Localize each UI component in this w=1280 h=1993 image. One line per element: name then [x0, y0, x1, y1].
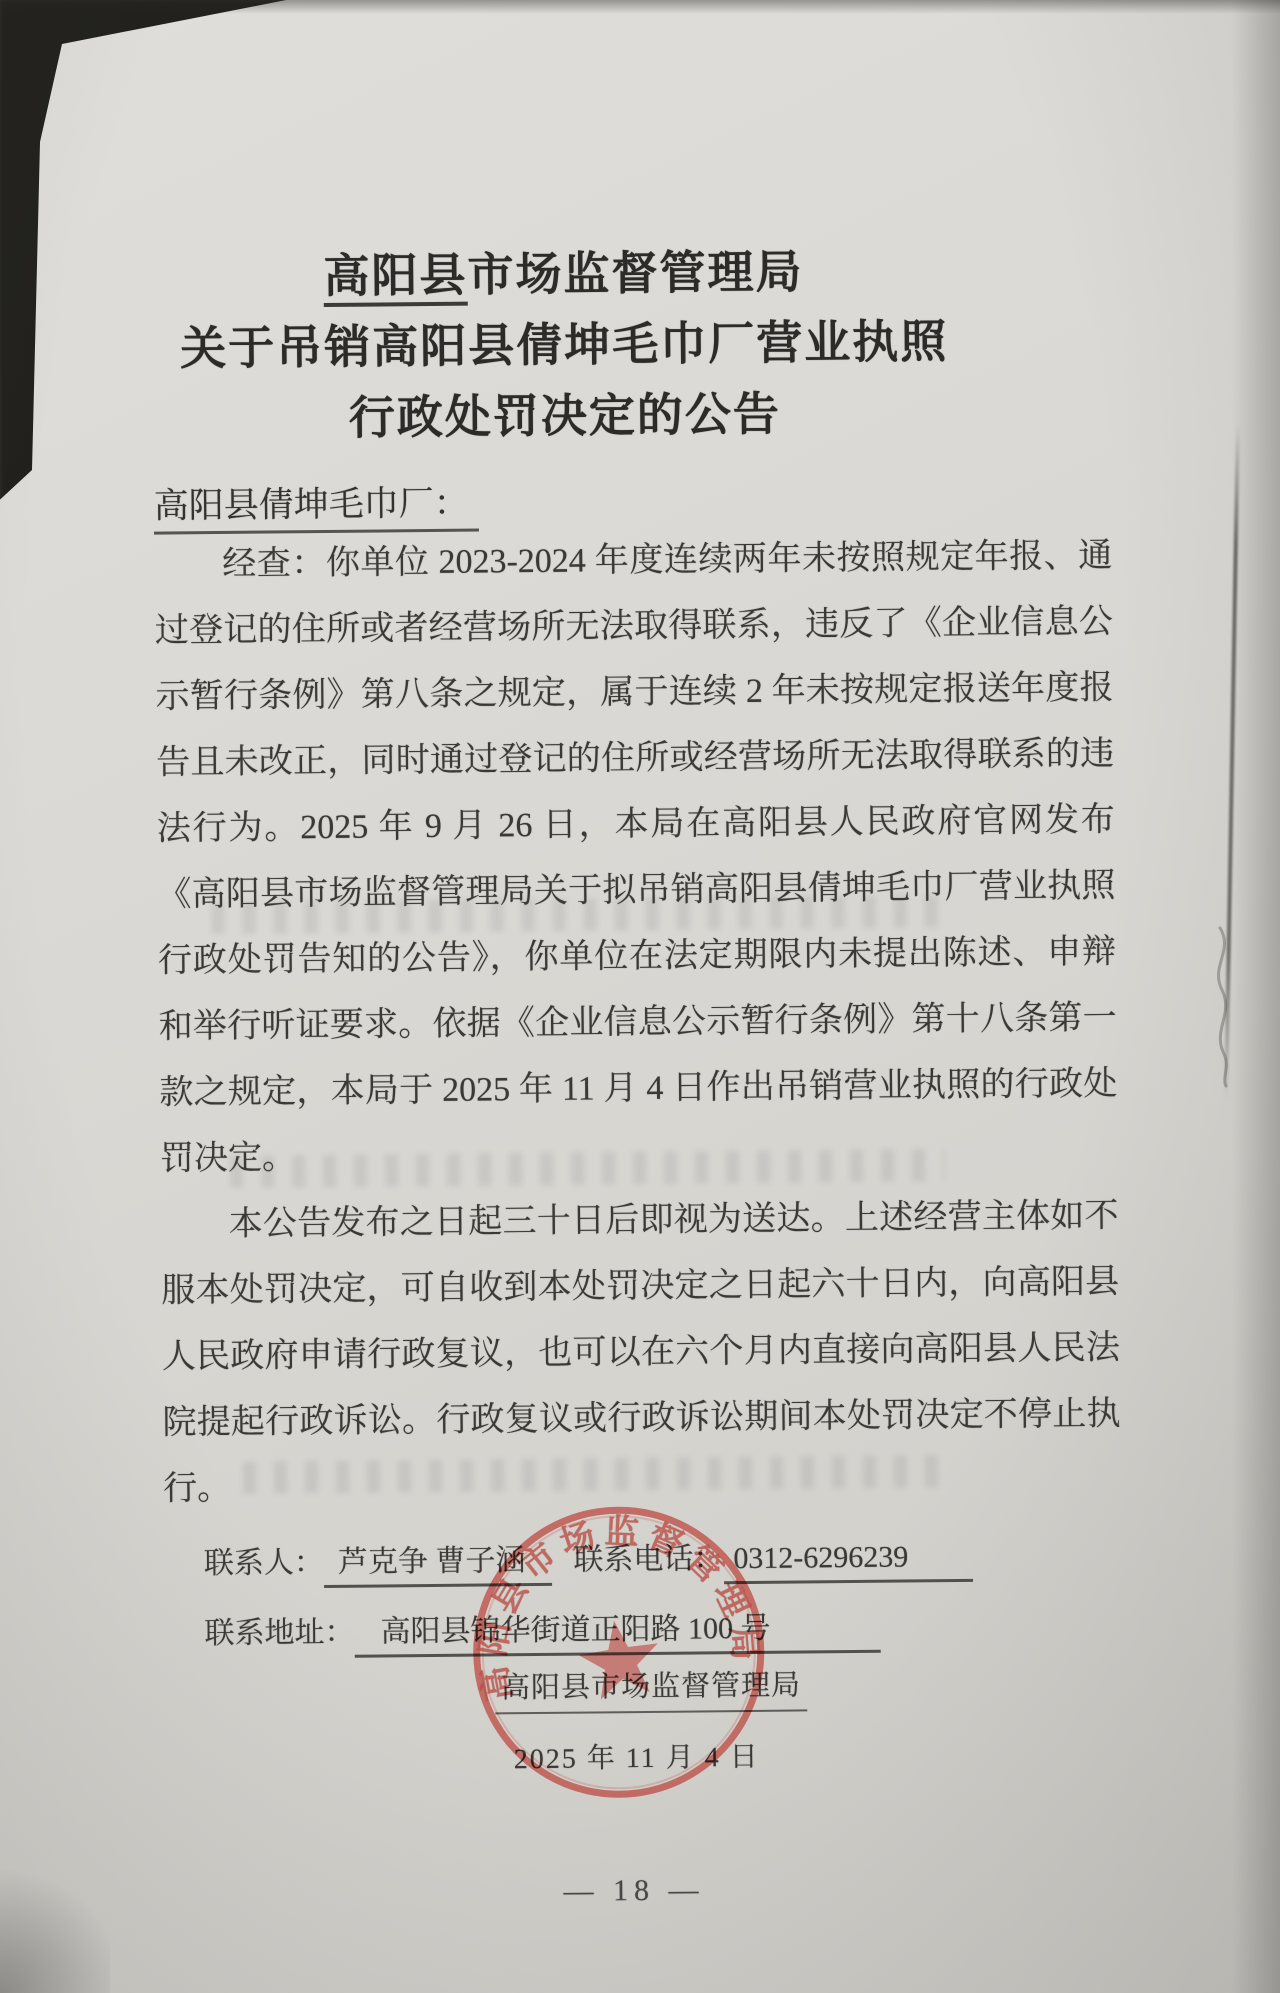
page-right-edge-shadow	[1232, 0, 1280, 1993]
contact-address-label: 联系地址：	[204, 1616, 354, 1650]
title-line-3: 行政处罚决定的公告	[85, 376, 1046, 456]
title-line-1: 高阳县市场监督管理局	[83, 234, 1044, 314]
bleedthrough-smudge	[230, 1149, 945, 1188]
title-line-2: 关于吊销高阳县倩坤毛巾厂营业执照	[84, 305, 1045, 385]
title-line-1-rest: 市场监督管理局	[467, 245, 803, 300]
photo-corner-shadow-bottomleft	[0, 1853, 110, 1993]
body-text: 经查：你单位 2023-2024 年度连续两年未按照规定年报、通过登记的住所或者…	[154, 523, 1121, 1522]
star-icon	[575, 1615, 665, 1702]
photo-top-edge-shadow	[0, 0, 1280, 14]
addressee-name: 高阳县倩坤毛巾厂：	[154, 484, 479, 535]
scanned-document-photo: 高阳县市场监督管理局 关于吊销高阳县倩坤毛巾厂营业执照 行政处罚决定的公告 高阳…	[0, 0, 1280, 1993]
title-line-1-underlined: 高阳县	[323, 249, 468, 307]
page-number: — 18 —	[0, 1868, 1274, 1914]
paragraph-findings: 经查：你单位 2023-2024 年度连续两年未按照规定年报、通过登记的住所或者…	[154, 523, 1118, 1192]
official-seal: 高阳县市场监督管理局	[437, 1470, 801, 1834]
addressee-line: 高阳县倩坤毛巾厂：	[153, 476, 478, 529]
contact-person-label: 联系人：	[204, 1546, 324, 1580]
bleedthrough-smudge	[243, 1455, 938, 1494]
document-title: 高阳县市场监督管理局 关于吊销高阳县倩坤毛巾厂营业执照 行政处罚决定的公告	[83, 234, 1045, 456]
document-page: 高阳县市场监督管理局 关于吊销高阳县倩坤毛巾厂营业执照 行政处罚决定的公告 高阳…	[0, 0, 1280, 1993]
